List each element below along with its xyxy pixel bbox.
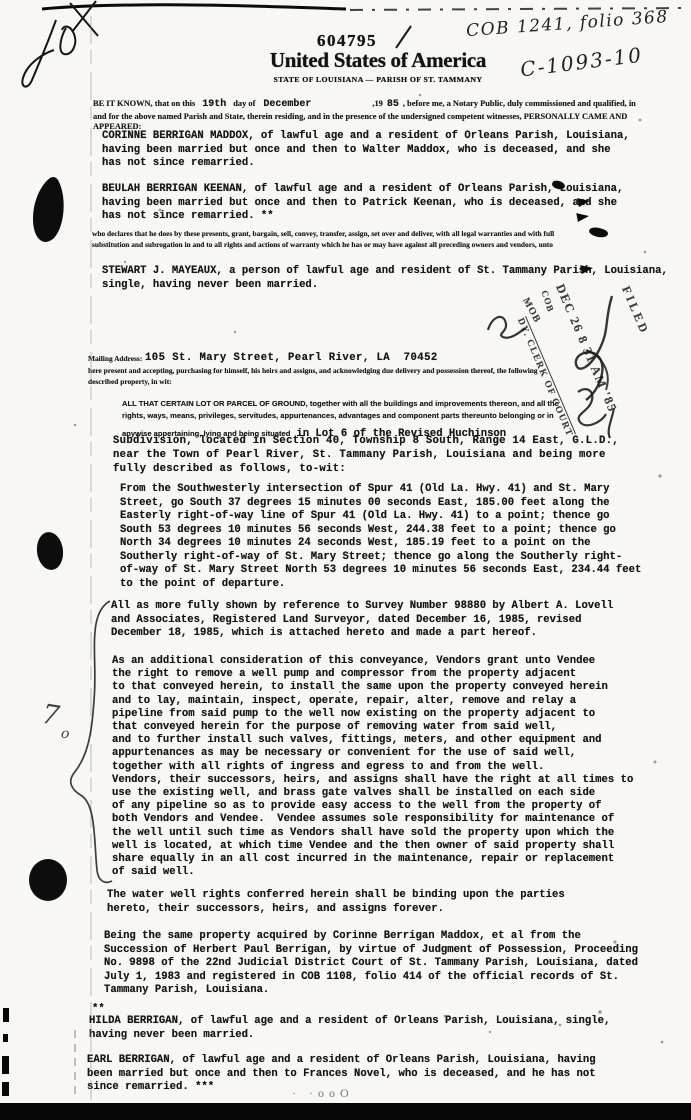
- metes-and-bounds-paragraph: From the Southwesterly intersection of S…: [120, 483, 641, 591]
- top-pen-line: [42, 5, 346, 9]
- intro-line1-mid: day of: [233, 99, 255, 108]
- margin-brace: [71, 601, 112, 882]
- handwritten-slash: [396, 26, 411, 48]
- handwritten-cob-folio-annotation: COB 1241, folio 368: [466, 7, 670, 41]
- well-rights-paragraph: As an additional consideration of this c…: [112, 655, 633, 879]
- accepting-clause: here present and accepting, purchasing f…: [88, 366, 538, 388]
- ink-transfer-mark: [588, 226, 609, 239]
- ink-blob: [29, 859, 67, 901]
- intro-year-typed: 85: [387, 99, 399, 110]
- intro-line1-pre: BE IT KNOWN, that on this: [93, 99, 195, 108]
- ink-blob: [35, 531, 65, 572]
- deed-document-page: COB 1241, folio 368 C-1093-10 604795 Uni…: [0, 0, 691, 1120]
- mailing-address-label: Mailing Address:: [88, 354, 142, 365]
- survey-reference-paragraph: All as more fully shown by reference to …: [111, 600, 613, 641]
- grant-clause: who declares that he does by these prese…: [92, 229, 554, 251]
- binding-clause-paragraph: The water well rights conferred herein s…: [107, 889, 565, 916]
- party-beulah-paragraph: BEULAH BERRIGAN KEENAN, of lawful age an…: [102, 183, 623, 224]
- scan-edge-mark: [2, 1082, 9, 1096]
- property-typed-intro: Subdivision, located in Section 40, Town…: [113, 434, 619, 476]
- ink-blob: [33, 177, 64, 242]
- intro-clause: BE IT KNOWN, that on this19thday ofDecem…: [93, 98, 685, 133]
- margin-scribble-o: o: [60, 726, 70, 743]
- scan-edge-mark: [3, 1008, 9, 1022]
- intro-year-prefix: ,19: [372, 99, 382, 108]
- intro-line-1: BE IT KNOWN, that on this19thday ofDecem…: [93, 98, 685, 112]
- margin-scribble-seven: 7: [40, 699, 62, 732]
- property-bold-line-2: rights, ways, means, privileges, servitu…: [122, 410, 559, 422]
- scan-edge-mark: [3, 1034, 8, 1042]
- top-left-x-mark: [70, 1, 98, 36]
- party-corinne-paragraph: CORINNE BERRIGAN MADDOX, of lawful age a…: [102, 130, 630, 171]
- intro-line-2: and for the above named Parish and State…: [93, 112, 685, 123]
- bottom-stray-marks: · ·ooO: [292, 1086, 354, 1101]
- stamp-date-text: DEC 26 8 31 AM '85: [552, 282, 620, 415]
- intro-line1-post: , before me, a Notary Public, duly commi…: [403, 99, 636, 108]
- acquisition-paragraph: Being the same property acquired by Cori…: [104, 930, 638, 998]
- stamp-filed-text: FILED: [618, 284, 652, 337]
- intro-day-typed: 19th: [202, 99, 226, 110]
- scan-edge-mark: [2, 1056, 9, 1074]
- mailing-address-value: 105 St. Mary Street, Pearl River, LA 704…: [145, 352, 438, 366]
- top-left-scribble: [22, 20, 56, 87]
- intro-month-typed: December: [263, 99, 311, 110]
- page-title: United States of America: [252, 48, 504, 73]
- top-left-scribble: [60, 27, 75, 55]
- page-subtitle: STATE OF LOUISIANA — PARISH OF ST. TAMMA…: [252, 75, 504, 84]
- scanner-black-bar: [0, 1103, 691, 1120]
- handwritten-case-number-annotation: C-1093-10: [519, 43, 644, 82]
- property-bold-line-1: ALL THAT CERTAIN LOT OR PARCEL OF GROUND…: [122, 398, 559, 410]
- footnote-hilda-paragraph: HILDA BERRIGAN, of lawful age and a resi…: [89, 1015, 610, 1042]
